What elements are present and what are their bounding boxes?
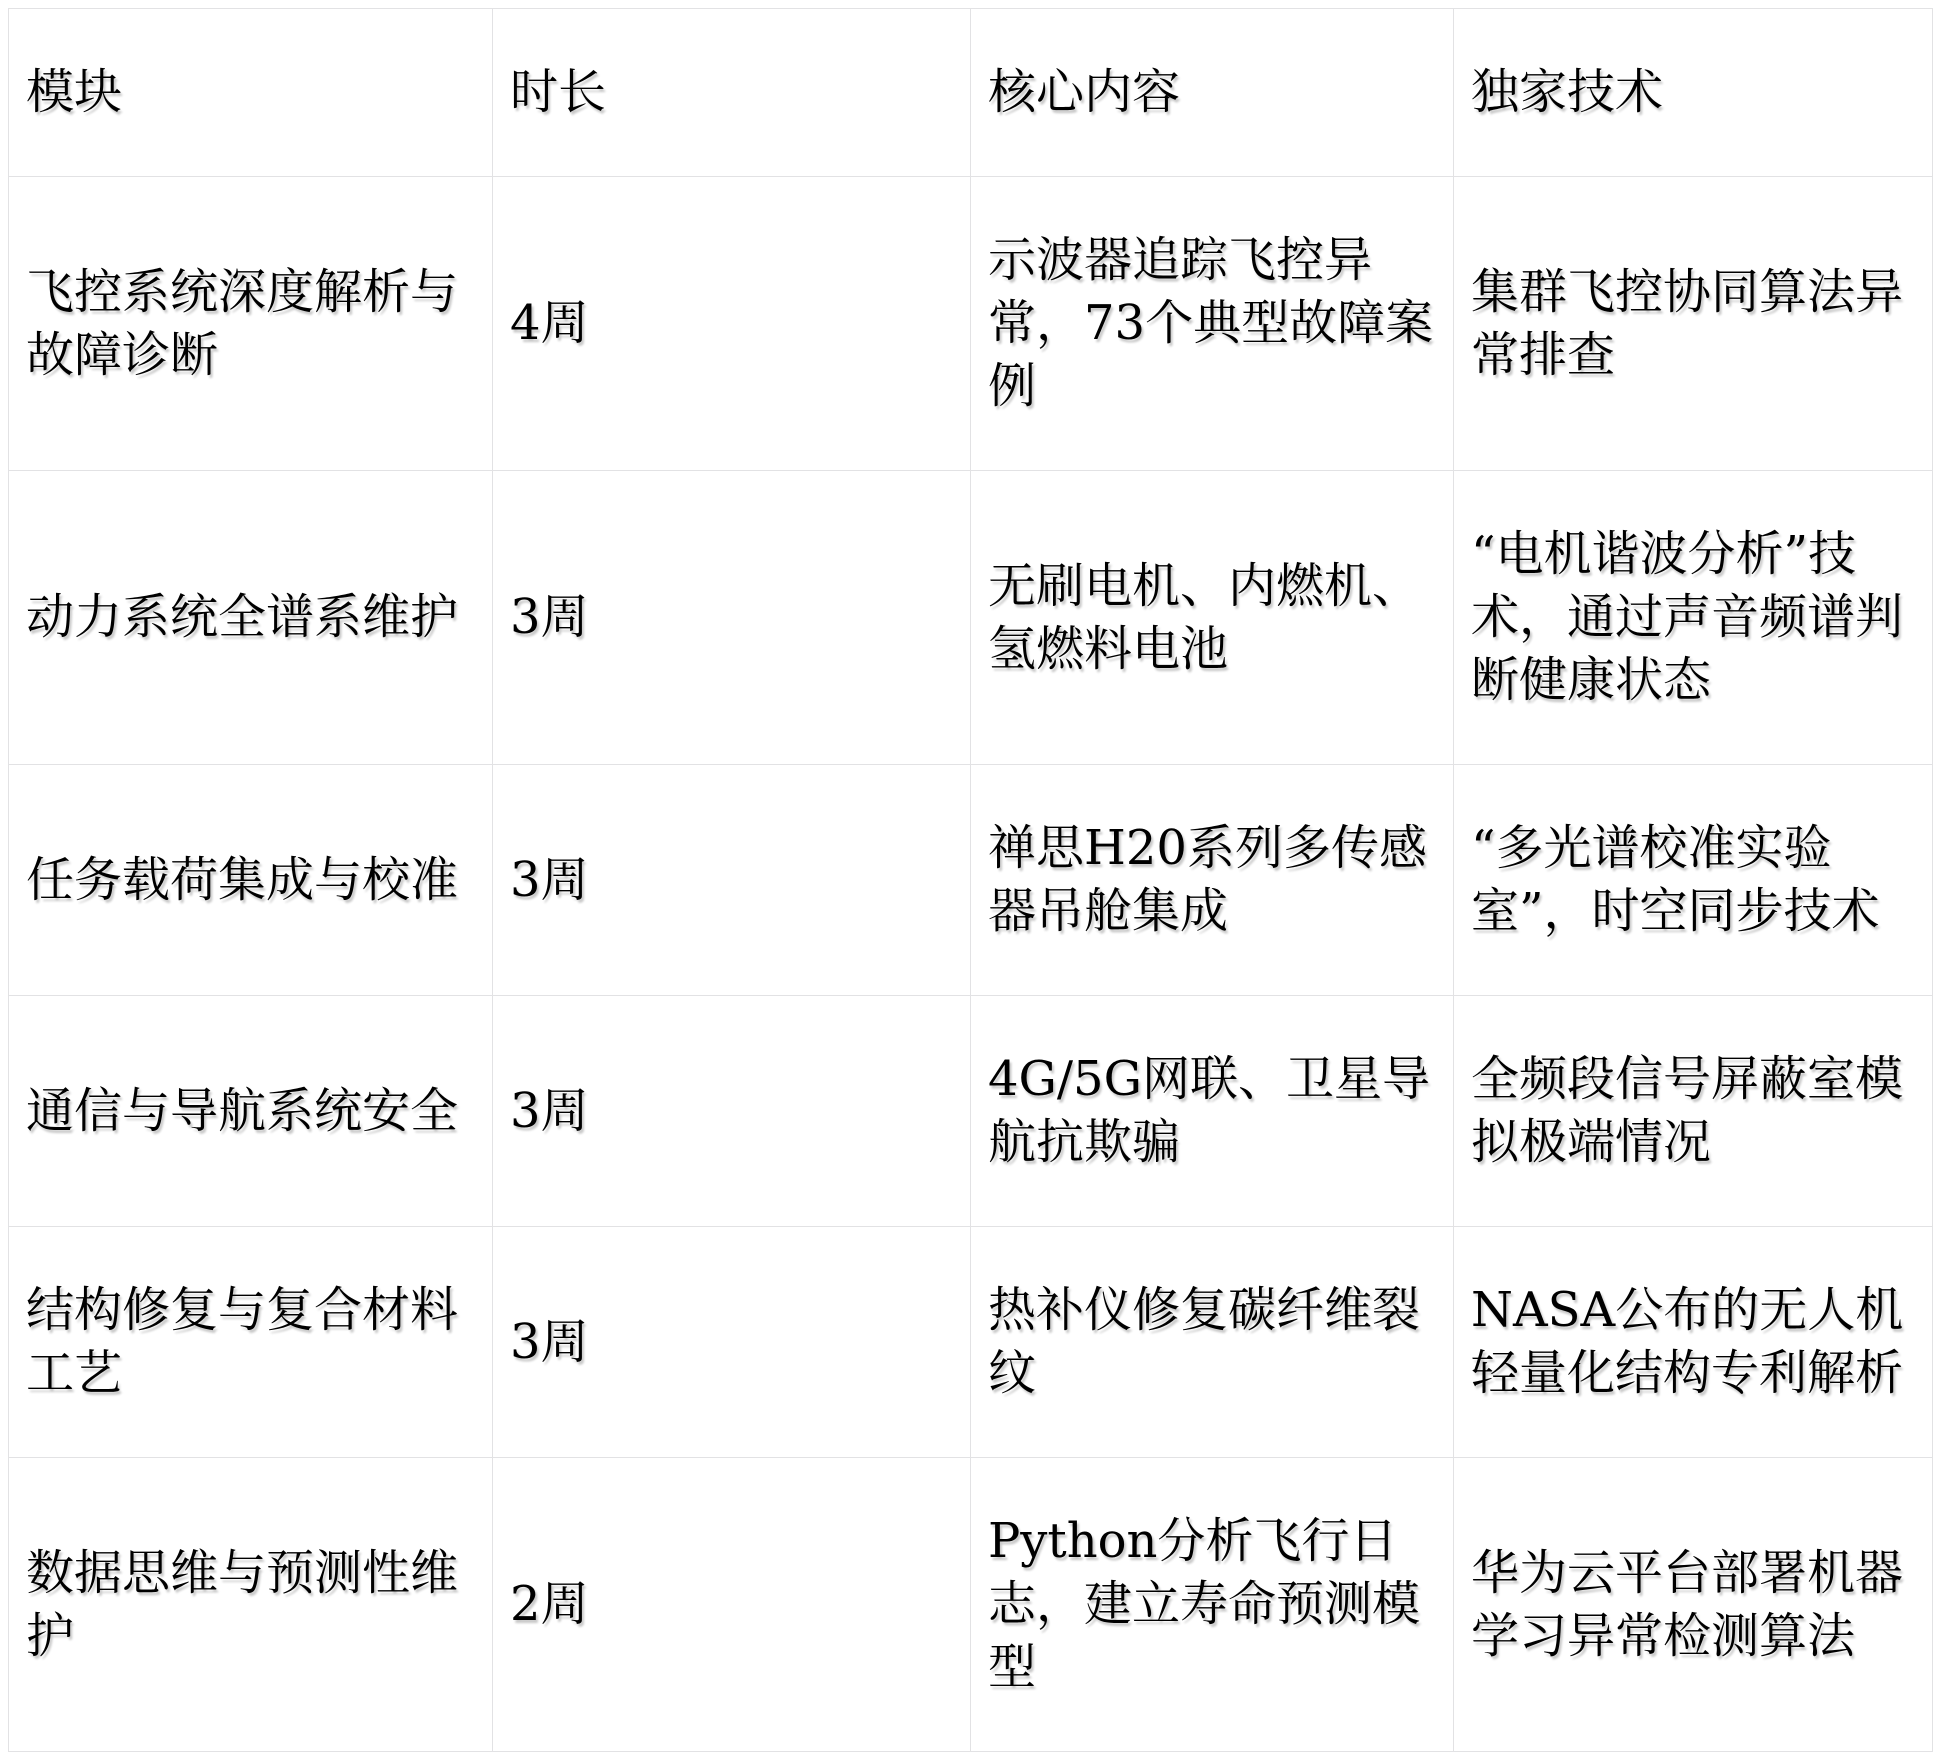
- course-modules-table: 模块 时长 核心内容 独家技术 飞控系统深度解析与故障诊断 4周 示波器追踪飞控…: [8, 8, 1933, 1752]
- cell-content: 禅思H20系列多传感器吊舱集成: [971, 765, 1454, 996]
- cell-duration: 2周: [493, 1458, 971, 1752]
- table-row: 动力系统全谱系维护 3周 无刷电机、内燃机、氢燃料电池 “电机谐波分析”技术，通…: [9, 471, 1933, 765]
- cell-tech: 集群飞控协同算法异常排查: [1454, 177, 1933, 471]
- cell-content: 无刷电机、内燃机、氢燃料电池: [971, 471, 1454, 765]
- cell-module: 通信与导航系统安全: [9, 996, 493, 1227]
- table-row: 结构修复与复合材料工艺 3周 热补仪修复碳纤维裂纹 NASA公布的无人机轻量化结…: [9, 1227, 1933, 1458]
- table-row: 数据思维与预测性维护 2周 Python分析飞行日志，建立寿命预测模型 华为云平…: [9, 1458, 1933, 1752]
- cell-tech: 全频段信号屏蔽室模拟极端情况: [1454, 996, 1933, 1227]
- table-row: 飞控系统深度解析与故障诊断 4周 示波器追踪飞控异常，73个典型故障案例 集群飞…: [9, 177, 1933, 471]
- cell-content: Python分析飞行日志，建立寿命预测模型: [971, 1458, 1454, 1752]
- cell-module: 动力系统全谱系维护: [9, 471, 493, 765]
- column-header-tech: 独家技术: [1454, 9, 1933, 177]
- cell-content: 4G/5G网联、卫星导航抗欺骗: [971, 996, 1454, 1227]
- cell-module: 飞控系统深度解析与故障诊断: [9, 177, 493, 471]
- table-row: 通信与导航系统安全 3周 4G/5G网联、卫星导航抗欺骗 全频段信号屏蔽室模拟极…: [9, 996, 1933, 1227]
- column-header-content: 核心内容: [971, 9, 1454, 177]
- cell-tech: NASA公布的无人机轻量化结构专利解析: [1454, 1227, 1933, 1458]
- cell-duration: 3周: [493, 765, 971, 996]
- header-row: 模块 时长 核心内容 独家技术: [9, 9, 1933, 177]
- cell-module: 任务载荷集成与校准: [9, 765, 493, 996]
- cell-duration: 3周: [493, 996, 971, 1227]
- table-row: 任务载荷集成与校准 3周 禅思H20系列多传感器吊舱集成 “多光谱校准实验室”，…: [9, 765, 1933, 996]
- cell-content: 热补仪修复碳纤维裂纹: [971, 1227, 1454, 1458]
- cell-duration: 3周: [493, 471, 971, 765]
- column-header-duration: 时长: [493, 9, 971, 177]
- cell-module: 数据思维与预测性维护: [9, 1458, 493, 1752]
- cell-tech: “多光谱校准实验室”，时空同步技术: [1454, 765, 1933, 996]
- cell-duration: 3周: [493, 1227, 971, 1458]
- cell-duration: 4周: [493, 177, 971, 471]
- cell-module: 结构修复与复合材料工艺: [9, 1227, 493, 1458]
- cell-tech: 华为云平台部署机器学习异常检测算法: [1454, 1458, 1933, 1752]
- cell-content: 示波器追踪飞控异常，73个典型故障案例: [971, 177, 1454, 471]
- cell-tech: “电机谐波分析”技术，通过声音频谱判断健康状态: [1454, 471, 1933, 765]
- column-header-module: 模块: [9, 9, 493, 177]
